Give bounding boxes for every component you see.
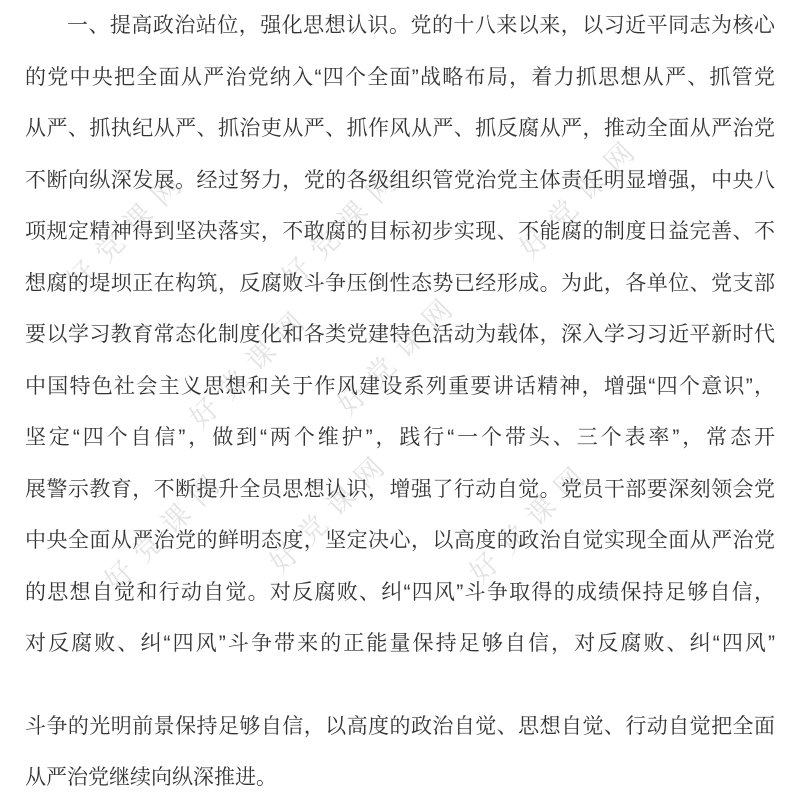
document-page: 一、提高政治站位，强化思想认识。党的十八来以来，以习近平同志为核心 的党中央把全… [25,0,775,800]
paragraph-1: 一、提高政治站位，强化思想认识。党的十八来以来，以习近平同志为核心 的党中央把全… [25,0,775,670]
text-line: 展警示教育，不断提升全员思想认识，增强了行动自觉。党员干部要深刻领会党 [25,464,775,516]
text-line: 从严治党继续向纵深推进。 [25,752,775,800]
text-line: 的思想自觉和行动自觉。对反腐败、纠“四风”斗争取得的成绩保持足够自信， [25,567,775,619]
text-line: 一、提高政治站位，强化思想认识。党的十八来以来，以习近平同志为核心 [25,0,775,52]
text-line: 项规定精神得到坚决落实，不敢腐的目标初步实现、不能腐的制度日益完善、不 [25,206,775,258]
text-line: 对反腐败、纠“四风”斗争带来的正能量保持足够自信，对反腐败、纠“四风” [25,618,775,670]
text-line: 中央全面从严治党的鲜明态度，坚定决心，以高度的政治自觉实现全面从严治党 [25,515,775,567]
text-line: 要以学习教育常态化制度化和各类党建特色活动为载体，深入学习习近平新时代 [25,309,775,361]
text-line: 从严、抓执纪从严、抓治吏从严、抓作风从严、抓反腐从严，推动全面从严治党 [25,103,775,155]
text-line: 坚定“四个自信”，做到“两个维护”，践行“一个带头、三个表率”，常态开 [25,412,775,464]
text-line: 斗争的光明前景保持足够自信，以高度的政治自觉、思想自觉、行动自觉把全面 [25,701,775,753]
paragraph-2: 斗争的光明前景保持足够自信，以高度的政治自觉、思想自觉、行动自觉把全面 从严治党… [25,701,775,800]
text-line: 的党中央把全面从严治党纳入“四个全面”战略布局，着力抓思想从严、抓管党 [25,52,775,104]
text-line: 中国特色社会主义思想和关于作风建设系列重要讲话精神，增强“四个意识”， [25,361,775,413]
text-line: 不断向纵深发展。经过努力，党的各级组织管党治党主体责任明显增强，中央八 [25,155,775,207]
text-line: 想腐的堤坝正在构筑，反腐败斗争压倒性态势已经形成。为此，各单位、党支部 [25,258,775,310]
